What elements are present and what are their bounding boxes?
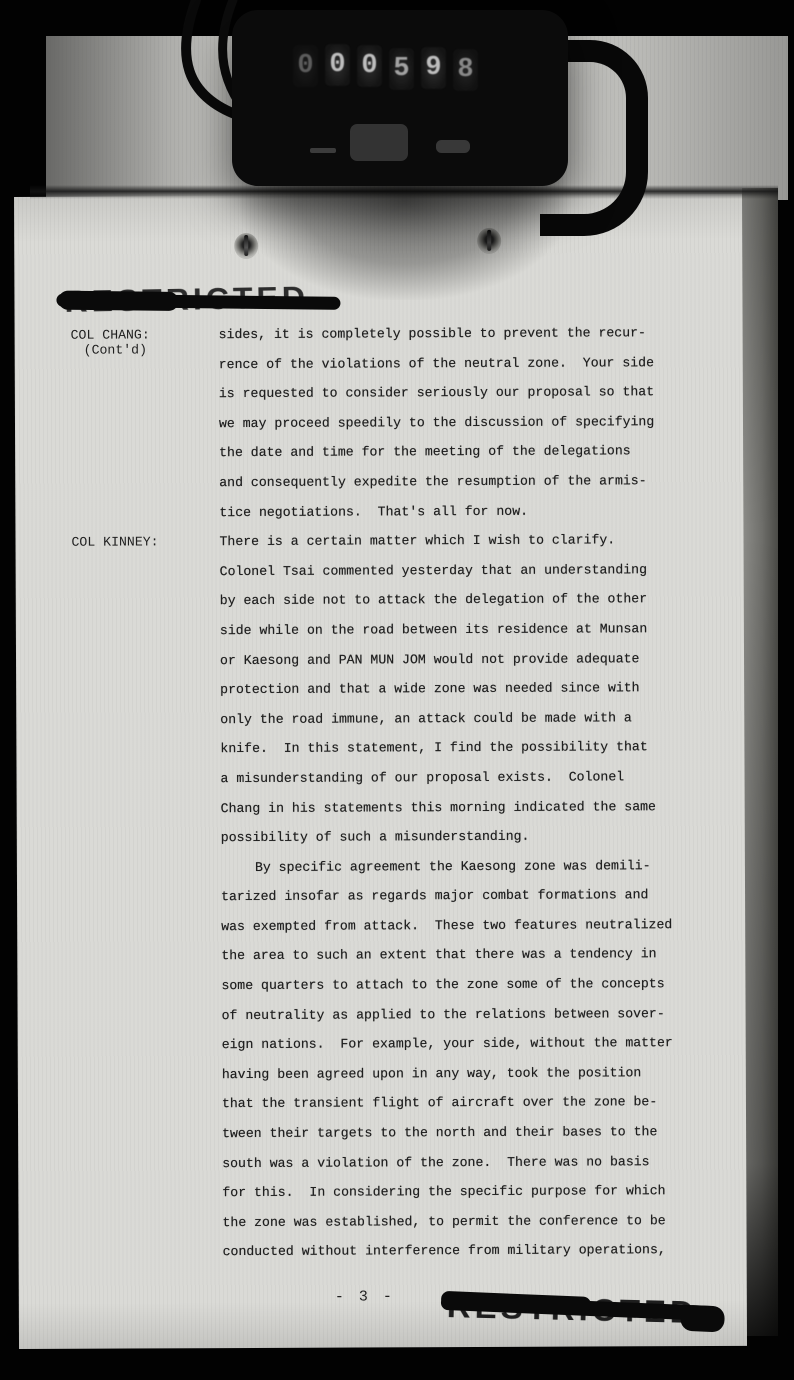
text-line: having been agreed upon in any way, took… bbox=[222, 1058, 724, 1090]
text-line: rence of the violations of the neutral z… bbox=[219, 348, 721, 380]
transcript-entry: COL CHANG:(Cont'd)sides, it is completel… bbox=[71, 318, 722, 528]
text-line: only the road immune, an attack could be… bbox=[220, 703, 722, 735]
text-line: and consequently expedite the resumption… bbox=[219, 466, 721, 498]
speech-text: There is a certain matter which I wish t… bbox=[219, 525, 724, 1267]
counter-digit: 9 bbox=[421, 47, 446, 89]
text-line: some quarters to attach to the zone some… bbox=[221, 969, 723, 1001]
text-line: by each side not to attack the delegatio… bbox=[220, 584, 722, 616]
text-line: was exempted from attack. These two feat… bbox=[221, 910, 723, 942]
counter-digit: 0 bbox=[293, 45, 318, 87]
document-page: RESTRICTED COL CHANG:(Cont'd)sides, it i… bbox=[14, 194, 747, 1349]
text-line: sides, it is completely possible to prev… bbox=[219, 318, 721, 350]
text-line: we may proceed speedily to the discussio… bbox=[219, 407, 721, 439]
text-line: tice negotiations. That's all for now. bbox=[219, 495, 721, 527]
text-line: that the transient flight of aircraft ov… bbox=[222, 1087, 724, 1119]
counter-digits: 000598 bbox=[293, 44, 485, 86]
text-line: south was a violation of the zone. There… bbox=[222, 1147, 724, 1179]
text-line: tween their targets to the north and the… bbox=[222, 1117, 724, 1149]
text-line: of neutrality as applied to the relation… bbox=[222, 999, 724, 1031]
page-number: - 3 - bbox=[335, 1287, 395, 1307]
text-line: Colonel Tsai commented yesterday that an… bbox=[220, 555, 722, 587]
speaker-column: COL CHANG:(Cont'd) bbox=[71, 320, 220, 528]
speech-text: sides, it is completely possible to prev… bbox=[219, 318, 722, 527]
frame-counter-device bbox=[232, 10, 568, 186]
text-line: the area to such an extent that there wa… bbox=[221, 939, 723, 971]
text-line: possibility of such a misunderstanding. bbox=[221, 821, 723, 853]
counter-digit: 0 bbox=[325, 44, 350, 86]
counter-housing-highlight bbox=[310, 148, 336, 153]
text-line: eign nations. For example, your side, wi… bbox=[222, 1028, 724, 1060]
text-line: knife. In this statement, I find the pos… bbox=[220, 732, 722, 764]
transcript-entry: COL KINNEY:There is a certain matter whi… bbox=[71, 525, 724, 1268]
text-line: or Kaesong and PAN MUN JOM would not pro… bbox=[220, 643, 722, 675]
text-line: By specific agreement the Kaesong zone w… bbox=[221, 851, 723, 883]
text-line: a misunderstanding of our proposal exist… bbox=[220, 762, 722, 794]
text-line: the zone was established, to permit the … bbox=[222, 1206, 724, 1238]
text-line: the date and time for the meeting of the… bbox=[219, 436, 721, 468]
speaker-note: (Cont'd) bbox=[71, 342, 219, 359]
text-line: is requested to consider seriously our p… bbox=[219, 377, 721, 409]
counter-digit: 8 bbox=[453, 49, 478, 91]
microfilm-frame: 000598 RESTRICTED COL CHANG:(Cont'd)side… bbox=[0, 0, 794, 1380]
sheet-edge-strip bbox=[742, 188, 778, 1336]
text-line: for this. In considering the specific pu… bbox=[222, 1176, 724, 1208]
counter-digit: 5 bbox=[389, 48, 414, 90]
text-line: Chang in his statements this morning ind… bbox=[221, 791, 723, 823]
counter-digit: 0 bbox=[357, 45, 382, 87]
speaker-label: COL KINNEY: bbox=[71, 527, 219, 557]
text-line: There is a certain matter which I wish t… bbox=[219, 525, 721, 557]
transcript: COL CHANG:(Cont'd)sides, it is completel… bbox=[71, 318, 725, 1268]
speaker-column: COL KINNEY: bbox=[71, 527, 222, 1267]
text-line: conducted without interference from mili… bbox=[223, 1235, 725, 1267]
text-line: tarized insofar as regards major combat … bbox=[221, 880, 723, 912]
text-line: side while on the road between its resid… bbox=[220, 614, 722, 646]
text-line: protection and that a wide zone was need… bbox=[220, 673, 722, 705]
